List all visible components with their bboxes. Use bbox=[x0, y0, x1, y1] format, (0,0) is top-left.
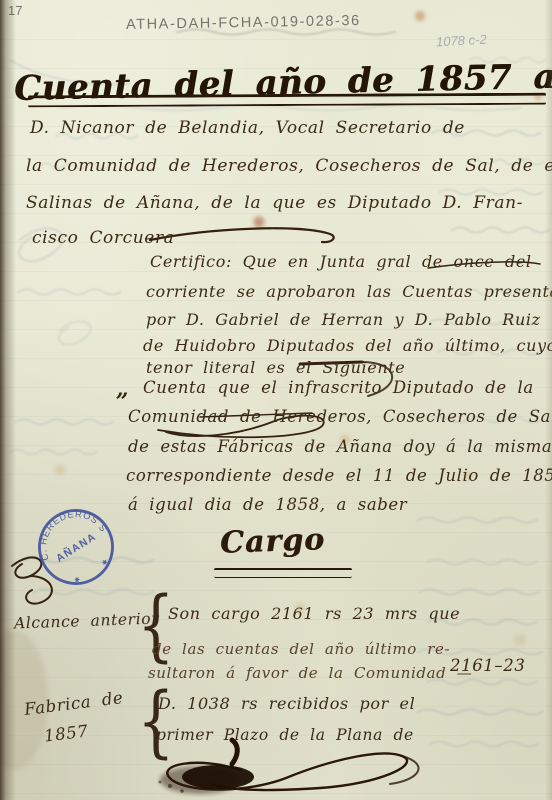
opening-line: Salinas de Añana, de la que es Diputado … bbox=[26, 193, 523, 213]
account-line: Comunidad de Herederos, Cosecheros de Sa… bbox=[128, 407, 552, 426]
certification-line: de Huidobro Diputados del año último, cu… bbox=[143, 336, 552, 355]
entry-label: 1857 bbox=[43, 721, 89, 745]
certification-line: corriente se aprobaron las Cuentas prese… bbox=[146, 282, 552, 301]
entry-label: Fabrica de bbox=[23, 688, 124, 719]
account-line: Cuenta que el infrascrito Diputado de la bbox=[143, 378, 534, 397]
manuscript-page: 17 ATHA-DAH-FCHA-019-028-36 1078 c-2 Cue… bbox=[0, 0, 552, 800]
entry-line: primer Plazo de la Plana de bbox=[156, 726, 414, 744]
stamp-center-text: AÑANA bbox=[54, 530, 99, 565]
entry-amount: 2161–23 bbox=[450, 656, 525, 675]
entry-line: sultaron á favor de la Comunidad — bbox=[148, 664, 472, 682]
cargo-rule bbox=[214, 568, 352, 578]
entry-line: Son cargo 2161 rs 23 mrs que bbox=[168, 604, 460, 623]
opening-line: cisco Corcuera bbox=[32, 228, 174, 248]
ink-blot bbox=[159, 740, 419, 794]
opening-line: la Comunidad de Herederos, Cosecheros de… bbox=[26, 156, 552, 176]
corner-pencil-note: 1078 c-2 bbox=[436, 32, 487, 50]
page-right-edge bbox=[542, 0, 552, 800]
account-line: correspondiente desde el 11 de Julio de … bbox=[126, 466, 552, 485]
account-line: de estas Fábricas de Añana doy á la mism… bbox=[128, 437, 552, 456]
entry-line: D. 1038 rs recibidos por el bbox=[158, 694, 415, 713]
title-rule bbox=[28, 93, 546, 108]
quote-marker: „ bbox=[116, 376, 129, 402]
archive-reference: ATHA-DAH-FCHA-019-028-36 bbox=[126, 13, 361, 33]
certification-line: tenor literal es el Siguiente bbox=[146, 358, 405, 377]
community-stamp: C. HEREDEROS SALINAS AÑANA ✱ ✱ bbox=[10, 481, 142, 613]
certification-line: por D. Gabriel de Herran y D. Pablo Ruiz bbox=[146, 310, 541, 329]
account-line: á igual dia de 1858, a saber bbox=[128, 495, 407, 514]
page-binding-edge bbox=[0, 0, 16, 800]
section-heading-cargo: Cargo bbox=[219, 522, 325, 561]
certification-line: Certifico: Que en Junta gral de once del bbox=[150, 252, 532, 271]
opening-line: D. Nicanor de Belandia, Vocal Secretario… bbox=[30, 118, 465, 138]
entry-line: de las cuentas del año último re- bbox=[152, 640, 450, 658]
